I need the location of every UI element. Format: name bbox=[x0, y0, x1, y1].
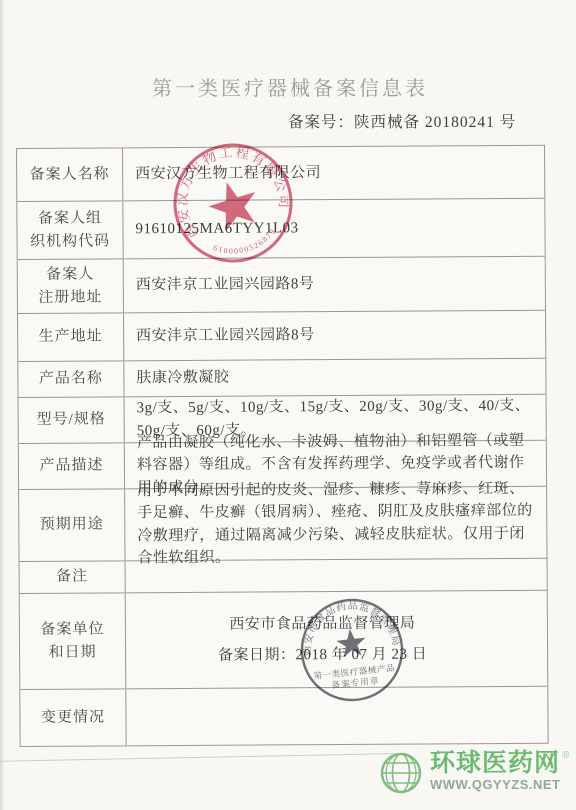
row-value: 肤康冷敷凝胶 bbox=[124, 359, 545, 397]
row-value bbox=[126, 687, 547, 746]
row-label: 生产地址 bbox=[18, 313, 124, 361]
watermark-text: 环球医药网 ® WWW.QGYYZS.NET bbox=[430, 750, 569, 792]
registered-mark-icon: ® bbox=[562, 750, 569, 761]
filing-number-value: 陕西械备 20180241 号 bbox=[354, 114, 516, 131]
filing-info-table: 备案人名称 西安汉方生物工程有限公司 备案人组 织机构代码 91610125MA… bbox=[16, 145, 549, 747]
row-value: 91610125MA6TYY1L03 bbox=[123, 199, 544, 259]
row-label: 备案人 注册地址 bbox=[18, 259, 124, 313]
scan-crease-line bbox=[0, 753, 394, 762]
filing-number-label: 备案号： bbox=[288, 114, 354, 131]
row-value bbox=[126, 559, 547, 593]
table-row: 备注 bbox=[20, 558, 547, 593]
row-label: 备案人组 织机构代码 bbox=[17, 201, 123, 259]
row-value: 西安汉方生物工程有限公司 bbox=[123, 146, 544, 201]
table-row: 备案人名称 西安汉方生物工程有限公司 bbox=[17, 146, 544, 201]
row-value: 用于不同原因引起的皮炎、湿疹、糠疹、荨麻疹、红斑、手足癣、牛皮癣（银屑病）、痤疮… bbox=[125, 487, 546, 561]
page-edge-shadow bbox=[0, 0, 4, 810]
filing-authority-name: 西安市食品药品监督管理局 bbox=[229, 613, 415, 636]
filing-date: 备案日期：2018 年 07 月 23 日 bbox=[218, 643, 427, 666]
row-label: 产品描述 bbox=[19, 443, 125, 489]
table-row: 产品名称 肤康冷敷凝胶 bbox=[18, 358, 545, 397]
row-label: 型号/规格 bbox=[19, 397, 125, 443]
row-value: 西安沣京工业园兴园路8号 bbox=[124, 257, 545, 313]
watermark-url: WWW.QGYYZS.NET bbox=[430, 777, 569, 792]
page-title: 第一类医疗器械备案信息表 bbox=[152, 72, 428, 101]
row-label: 备案人名称 bbox=[17, 148, 123, 201]
table-row: 备案人 注册地址 西安沣京工业园兴园路8号 bbox=[18, 256, 545, 313]
filing-number-line: 备案号：陕西械备 20180241 号 bbox=[288, 110, 516, 132]
row-value: 西安市食品药品监督管理局 备案日期：2018 年 07 月 23 日 bbox=[126, 591, 548, 689]
table-row: 预期用途 用于不同原因引起的皮炎、湿疹、糠疹、荨麻疹、红斑、手足癣、牛皮癣（银屑… bbox=[19, 486, 546, 561]
row-label: 备注 bbox=[20, 561, 126, 593]
row-label: 预期用途 bbox=[19, 489, 125, 561]
row-label: 产品名称 bbox=[18, 361, 124, 397]
row-label: 备案单位 和日期 bbox=[20, 593, 127, 689]
table-row: 备案人组 织机构代码 91610125MA6TYY1L03 bbox=[17, 198, 544, 259]
table-row: 生产地址 西安沣京工业园兴园路8号 bbox=[18, 310, 545, 361]
watermark-site-name: 环球医药网 bbox=[430, 750, 560, 776]
row-value: 西安沣京工业园兴园路8号 bbox=[124, 311, 545, 361]
table-row: 变更情况 bbox=[20, 686, 547, 746]
globe-icon bbox=[378, 750, 424, 796]
site-watermark: 环球医药网 ® WWW.QGYYZS.NET bbox=[378, 750, 569, 796]
row-label: 变更情况 bbox=[20, 689, 126, 746]
table-row: 备案单位 和日期 西安市食品药品监督管理局 备案日期：2018 年 07 月 2… bbox=[20, 590, 548, 689]
